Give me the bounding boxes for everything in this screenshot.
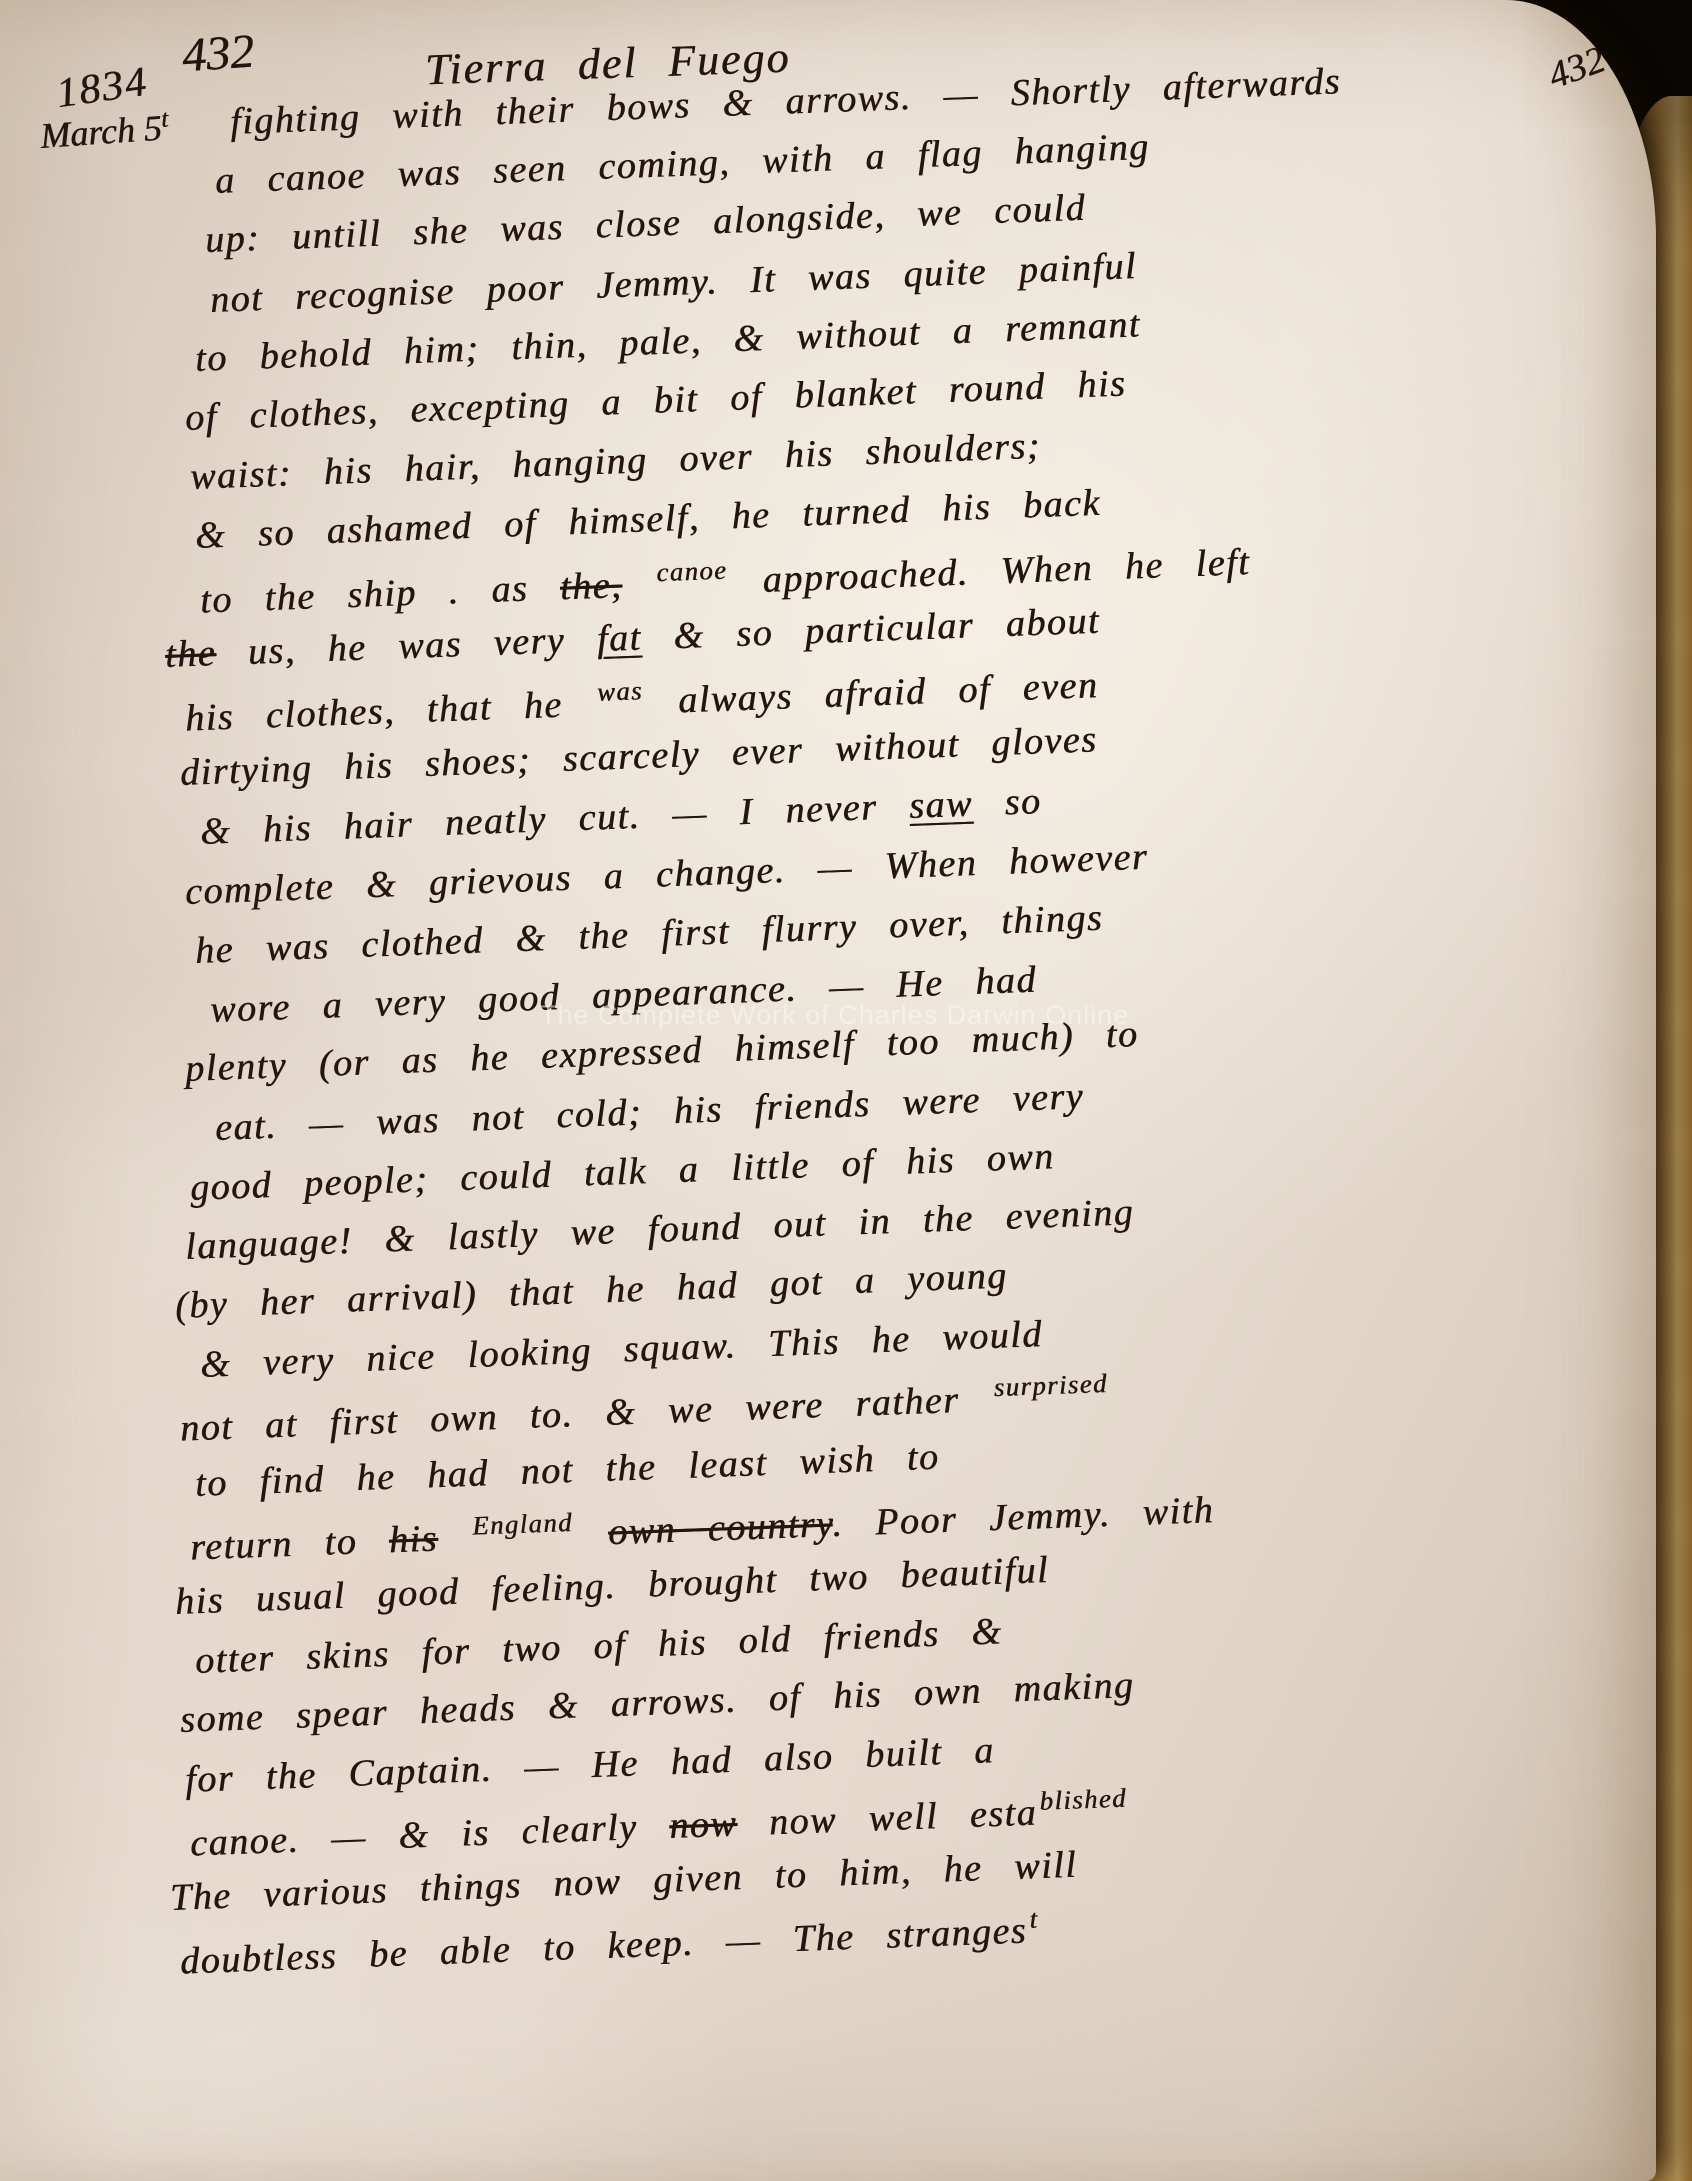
text-segment: (by her arrival) that he had got a young bbox=[174, 1254, 1008, 1326]
watermark: The Complete Work of Charles Darwin Onli… bbox=[540, 1000, 1129, 1031]
photo-scene: 432 Tierra del Fuego 432 1834 March 5t f… bbox=[0, 0, 1692, 2181]
text-segment: saw bbox=[908, 783, 973, 827]
manuscript-line: doubtless be able to keep. — The strange… bbox=[179, 1904, 1042, 1984]
manuscript-line: for the Captain. — He had also built a bbox=[184, 1728, 995, 1802]
text-segment: t bbox=[1029, 1904, 1039, 1934]
text-segment: & so particular about bbox=[641, 600, 1101, 659]
text-segment: his bbox=[388, 1517, 438, 1561]
text-segment: was bbox=[596, 675, 643, 707]
text-segment: own country bbox=[607, 1503, 833, 1553]
text-segment: surprised bbox=[993, 1368, 1108, 1402]
text-segment: England bbox=[472, 1507, 574, 1541]
page-number-left: 432 bbox=[180, 24, 256, 84]
text-segment: fat bbox=[596, 616, 642, 660]
text-segment: us, he was very bbox=[215, 618, 597, 674]
text-segment: for the Captain. — He had also built a bbox=[184, 1729, 995, 1801]
text-segment: approached. When he left bbox=[730, 541, 1251, 602]
text-segment: now well esta bbox=[736, 1791, 1037, 1844]
text-segment bbox=[437, 1516, 470, 1559]
text-segment: the bbox=[164, 632, 216, 676]
text-segment: now bbox=[668, 1802, 737, 1846]
text-segment: to the ship . as bbox=[199, 566, 560, 621]
text-segment bbox=[621, 563, 654, 606]
text-segment: always afraid of even bbox=[645, 664, 1098, 723]
text-segment: canoe bbox=[656, 554, 728, 587]
text-segment: & his hair neatly cut. — I never bbox=[199, 785, 910, 853]
page-number-right: 432 bbox=[1542, 38, 1611, 99]
text-segment: canoe. — & is clearly bbox=[189, 1805, 670, 1865]
text-segment: doubtless be able to keep. — The strange… bbox=[179, 1910, 1027, 1983]
text-segment: return to bbox=[189, 1519, 389, 1568]
text-segment: blished bbox=[1039, 1782, 1127, 1815]
text-segment: . Poor Jemmy. with bbox=[831, 1489, 1214, 1545]
margin-date: March 5t bbox=[39, 106, 170, 157]
margin-date-text: March 5 bbox=[39, 108, 163, 156]
text-segment: the, bbox=[559, 564, 622, 608]
text-segment bbox=[575, 1511, 608, 1554]
text-segment: his clothes, that he bbox=[184, 683, 595, 740]
text-segment: so bbox=[972, 781, 1042, 825]
diary-page: 432 Tierra del Fuego 432 1834 March 5t f… bbox=[0, 0, 1656, 2181]
margin-date-superscript: t bbox=[160, 106, 169, 133]
